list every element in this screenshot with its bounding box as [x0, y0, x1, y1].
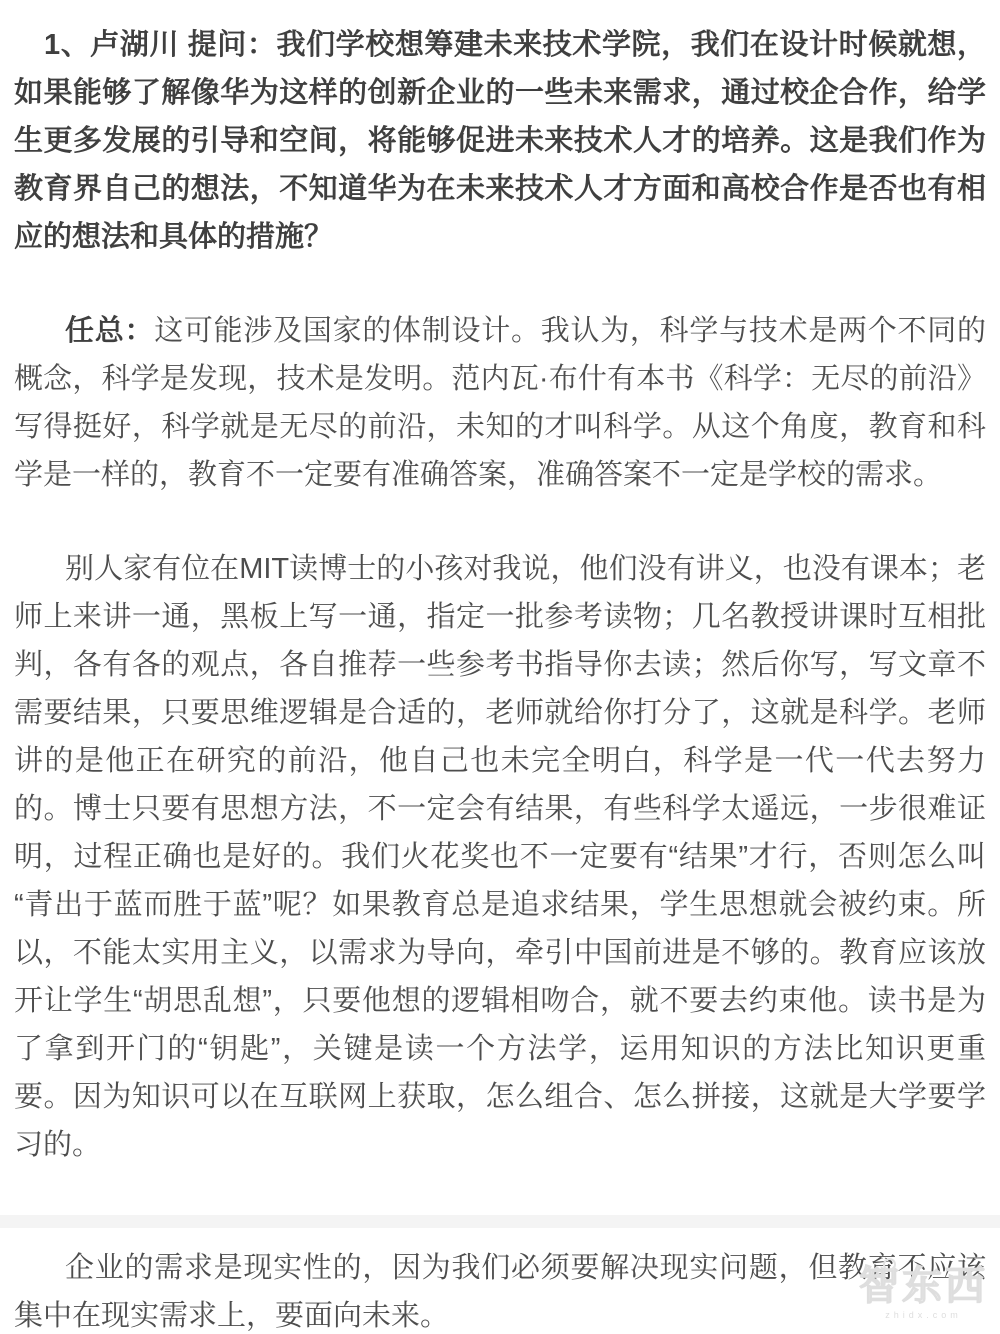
- answer-paragraph-1-text: 这可能涉及国家的体制设计。我认为，科学与技术是两个不同的概念，科学是发现，技术是…: [14, 315, 986, 491]
- screenshot-seam-divider: [0, 1215, 1000, 1228]
- article-page: 1、卢湖川 提问：我们学校想筹建未来技术学院，我们在设计时候就想，如果能够了解像…: [0, 0, 1000, 1334]
- answer-paragraph-2: 别人家有位在MIT读博士的小孩对我说，他们没有讲义，也没有课本；老师上来讲一通，…: [14, 545, 986, 1169]
- question-paragraph: 1、卢湖川 提问：我们学校想筹建未来技术学院，我们在设计时候就想，如果能够了解像…: [14, 21, 986, 261]
- speaker-label: 任总：: [65, 315, 154, 347]
- answer-paragraph-3-text: 企业的需求是现实性的，因为我们必须要解决现实问题，但教育不应该集中在现实需求上，…: [14, 1252, 986, 1332]
- answer-paragraph-1: 任总：这可能涉及国家的体制设计。我认为，科学与技术是两个不同的概念，科学是发现，…: [14, 307, 986, 499]
- answer-paragraph-3: 企业的需求是现实性的，因为我们必须要解决现实问题，但教育不应该集中在现实需求上，…: [14, 1244, 986, 1334]
- answer-paragraph-2-text: 别人家有位在MIT读博士的小孩对我说，他们没有讲义，也没有课本；老师上来讲一通，…: [14, 553, 986, 1161]
